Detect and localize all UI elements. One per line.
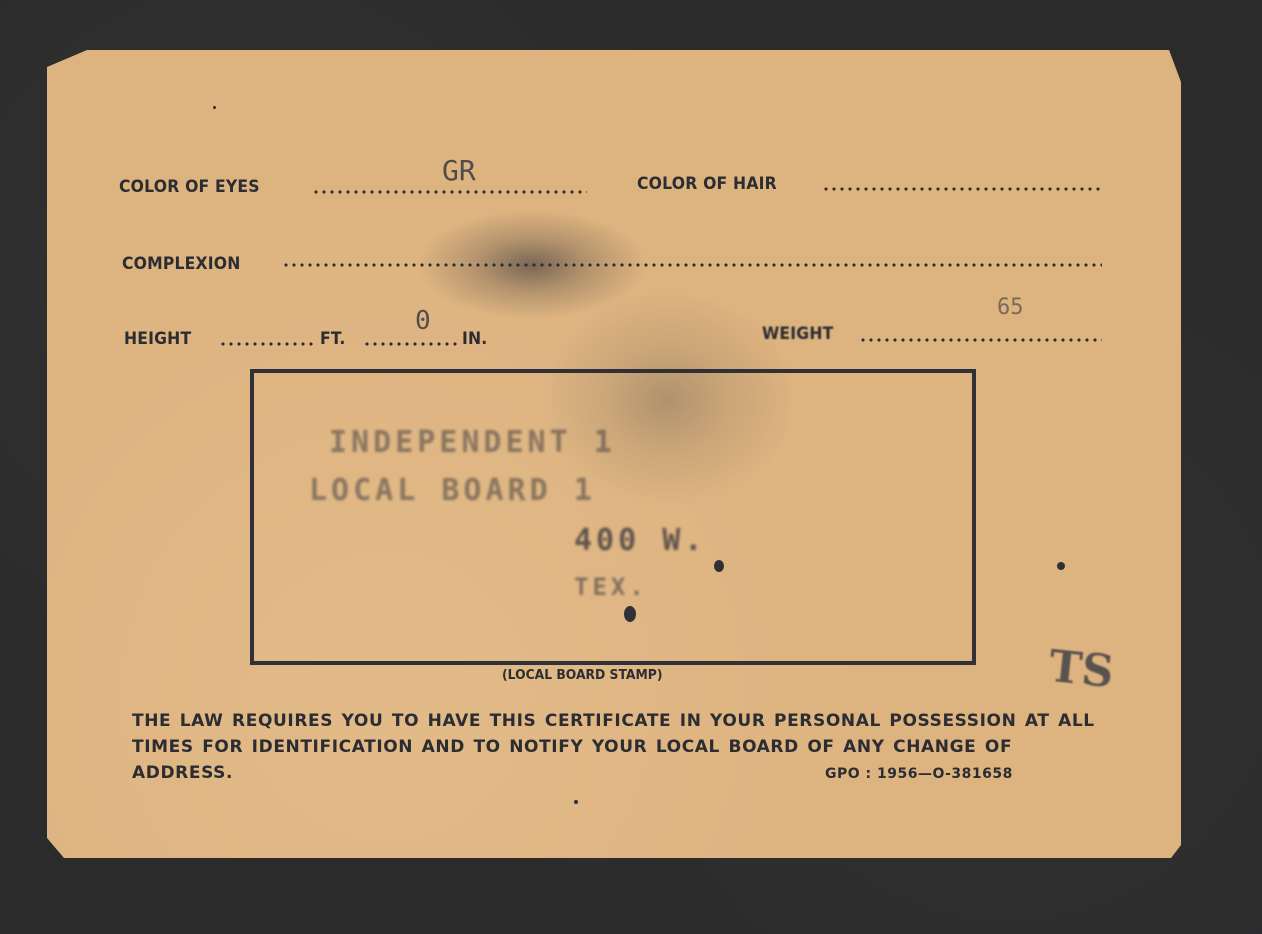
eyes-dotted-line xyxy=(312,190,587,194)
stamp-line-4: TEX. xyxy=(574,573,648,601)
ink-dot xyxy=(574,800,578,804)
ink-dot xyxy=(213,106,216,109)
hair-label: COLOR OF HAIR xyxy=(637,174,777,194)
eyes-value: GR xyxy=(442,154,476,187)
registration-card: COLOR OF EYES GR COLOR OF HAIR COMPLEXIO… xyxy=(47,50,1181,858)
height-in-value: 0 xyxy=(415,306,431,336)
ink-dot xyxy=(1057,562,1065,570)
height-in-dotted-line xyxy=(363,342,458,346)
weight-label: WEIGHT xyxy=(762,324,833,344)
height-ft-dotted-line xyxy=(219,342,314,346)
stamp-line-3: 400 W. xyxy=(574,523,706,558)
stamp-line-1: INDEPENDENT 1 xyxy=(329,425,616,460)
weight-dotted-line xyxy=(859,338,1102,342)
height-in-label: IN. xyxy=(462,329,487,349)
complexion-dotted-line xyxy=(282,263,1102,267)
height-label: HEIGHT xyxy=(124,329,191,349)
hair-dotted-line xyxy=(822,187,1102,191)
stamp-caption: (LOCAL BOARD STAMP) xyxy=(502,668,662,683)
local-board-stamp-box: INDEPENDENT 1 LOCAL BOARD 1 400 W. TEX. xyxy=(250,369,976,665)
handwritten-initials: TS xyxy=(1047,641,1117,698)
ink-dot xyxy=(714,560,724,572)
weight-note: 65 xyxy=(997,295,1024,320)
print-code: GPO : 1956—O-381658 xyxy=(825,766,1013,782)
eyes-label: COLOR OF EYES xyxy=(119,177,260,197)
stamp-line-2: LOCAL BOARD 1 xyxy=(309,473,596,508)
ink-dot xyxy=(624,606,636,622)
height-ft-label: FT. xyxy=(320,329,345,349)
complexion-label: COMPLEXION xyxy=(122,254,241,274)
